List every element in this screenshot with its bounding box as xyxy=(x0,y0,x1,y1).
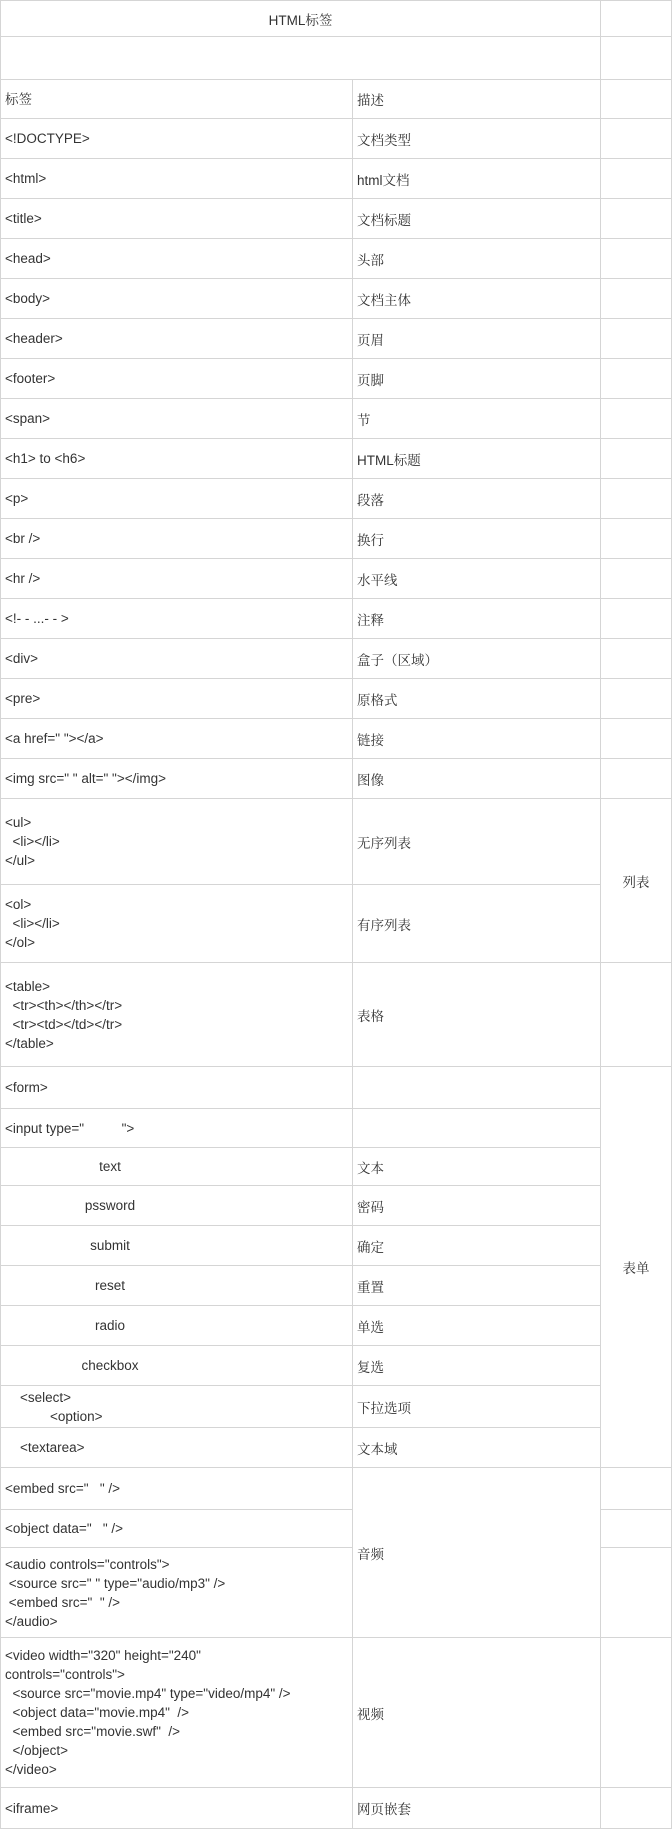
category-cell xyxy=(601,319,672,359)
desc-cell: 文本域 xyxy=(353,1428,601,1468)
tag-cell: reset xyxy=(1,1266,353,1306)
category-list: 列表 xyxy=(601,799,672,963)
table-row: <p>段落 xyxy=(1,479,672,519)
category-cell xyxy=(601,1788,672,1829)
category-cell xyxy=(601,359,672,399)
category-cell xyxy=(601,1468,672,1510)
tag-cell: <header> xyxy=(1,319,353,359)
desc-cell: 段落 xyxy=(353,479,601,519)
desc-cell: 文档类型 xyxy=(353,119,601,159)
category-cell xyxy=(601,279,672,319)
category-form: 表单 xyxy=(601,1067,672,1468)
desc-cell: 节 xyxy=(353,399,601,439)
desc-cell: 盒子（区域） xyxy=(353,639,601,679)
tag-cell: submit xyxy=(1,1226,353,1266)
table-row: radio单选 xyxy=(1,1306,672,1346)
table-row: <ol> <li></li> </ol>有序列表 xyxy=(1,885,672,963)
table-row: <head>头部 xyxy=(1,239,672,279)
tag-cell: <input type=" "> xyxy=(1,1109,353,1148)
table-row: <form>表单 xyxy=(1,1067,672,1109)
tag-cell: <select> <option> xyxy=(1,1386,353,1428)
table-row: <table> <tr><th></th></tr> <tr><td></td>… xyxy=(1,963,672,1067)
desc-cell: 文档标题 xyxy=(353,199,601,239)
desc-cell: 无序列表 xyxy=(353,799,601,885)
table-row: <!DOCTYPE>文档类型 xyxy=(1,119,672,159)
table-row: <pre>原格式 xyxy=(1,679,672,719)
tag-cell: <span> xyxy=(1,399,353,439)
category-cell xyxy=(601,119,672,159)
desc-cell: 水平线 xyxy=(353,559,601,599)
tag-cell: checkbox xyxy=(1,1346,353,1386)
table-body: HTML标签标签描述<!DOCTYPE>文档类型<html>html文档<tit… xyxy=(1,1,672,1829)
tag-cell: <video width="320" height="240" controls… xyxy=(1,1638,353,1788)
input-type-value: text xyxy=(5,1157,215,1176)
desc-audio: 音频 xyxy=(353,1468,601,1638)
desc-cell: html文档 xyxy=(353,159,601,199)
category-cell xyxy=(601,1,672,37)
desc-cell: HTML标题 xyxy=(353,439,601,479)
category-cell xyxy=(601,479,672,519)
desc-cell xyxy=(353,1109,601,1148)
desc-cell: 注释 xyxy=(353,599,601,639)
category-cell xyxy=(601,519,672,559)
table-row: <html>html文档 xyxy=(1,159,672,199)
tag-cell: <body> xyxy=(1,279,353,319)
category-cell xyxy=(601,399,672,439)
desc-cell: 图像 xyxy=(353,759,601,799)
tag-cell: pssword xyxy=(1,1186,353,1226)
tag-cell: <head> xyxy=(1,239,353,279)
table-title: HTML标签 xyxy=(1,1,601,37)
table-row: <video width="320" height="240" controls… xyxy=(1,1638,672,1788)
desc-cell xyxy=(353,1067,601,1109)
input-type-value: reset xyxy=(5,1276,215,1295)
tag-cell: <title> xyxy=(1,199,353,239)
table-row: <hr />水平线 xyxy=(1,559,672,599)
table-row: <div>盒子（区域） xyxy=(1,639,672,679)
table-row: <header>页眉 xyxy=(1,319,672,359)
tag-cell: <pre> xyxy=(1,679,353,719)
tag-cell: <a href=" "></a> xyxy=(1,719,353,759)
desc-cell: 页脚 xyxy=(353,359,601,399)
column-header-desc: 描述 xyxy=(353,80,601,119)
tag-cell: radio xyxy=(1,1306,353,1346)
table-row: <title>文档标题 xyxy=(1,199,672,239)
category-cell xyxy=(601,1548,672,1638)
desc-cell: 下拉选项 xyxy=(353,1386,601,1428)
category-cell xyxy=(601,199,672,239)
category-cell xyxy=(601,963,672,1067)
desc-cell: 有序列表 xyxy=(353,885,601,963)
input-type-value: radio xyxy=(5,1316,215,1335)
tag-cell: <ol> <li></li> </ol> xyxy=(1,885,353,963)
tag-cell: <ul> <li></li> </ul> xyxy=(1,799,353,885)
category-cell xyxy=(601,239,672,279)
page: HTML标签标签描述<!DOCTYPE>文档类型<html>html文档<tit… xyxy=(0,0,672,1829)
tag-cell: <hr /> xyxy=(1,559,353,599)
tag-cell: <p> xyxy=(1,479,353,519)
desc-cell: 网页嵌套 xyxy=(353,1788,601,1829)
desc-cell: 确定 xyxy=(353,1226,601,1266)
table-row: <ul> <li></li> </ul>无序列表列表 xyxy=(1,799,672,885)
table-row: pssword密码 xyxy=(1,1186,672,1226)
desc-cell: 密码 xyxy=(353,1186,601,1226)
tag-cell: <img src=" " alt=" "></img> xyxy=(1,759,353,799)
tag-cell: <html> xyxy=(1,159,353,199)
tag-cell: <h1> to <h6> xyxy=(1,439,353,479)
table-row: <body>文档主体 xyxy=(1,279,672,319)
tag-cell: <form> xyxy=(1,1067,353,1109)
category-cell xyxy=(601,439,672,479)
column-header-tag: 标签 xyxy=(1,80,353,119)
desc-cell: 视频 xyxy=(353,1638,601,1788)
desc-cell: 表格 xyxy=(353,963,601,1067)
category-cell xyxy=(601,1510,672,1548)
desc-cell: 文档主体 xyxy=(353,279,601,319)
category-cell xyxy=(601,599,672,639)
category-cell xyxy=(601,559,672,599)
table-row: <footer>页脚 xyxy=(1,359,672,399)
table-row: <input type=" "> xyxy=(1,1109,672,1148)
input-type-value: submit xyxy=(5,1236,215,1255)
category-cell xyxy=(601,639,672,679)
tag-cell: <!DOCTYPE> xyxy=(1,119,353,159)
table-row: checkbox复选 xyxy=(1,1346,672,1386)
table-row: <a href=" "></a>链接 xyxy=(1,719,672,759)
tag-cell: <audio controls="controls"> <source src=… xyxy=(1,1548,353,1638)
category-cell xyxy=(601,159,672,199)
tag-cell: <object data=" " /> xyxy=(1,1510,353,1548)
input-type-value: pssword xyxy=(5,1196,215,1215)
category-cell xyxy=(601,37,672,80)
tag-cell: <table> <tr><th></th></tr> <tr><td></td>… xyxy=(1,963,353,1067)
html-tags-table: HTML标签标签描述<!DOCTYPE>文档类型<html>html文档<tit… xyxy=(0,0,672,1829)
table-row: <br />换行 xyxy=(1,519,672,559)
desc-cell: 链接 xyxy=(353,719,601,759)
category-cell xyxy=(601,679,672,719)
desc-cell: 复选 xyxy=(353,1346,601,1386)
category-cell xyxy=(601,759,672,799)
tag-cell: <div> xyxy=(1,639,353,679)
tag-cell: <br /> xyxy=(1,519,353,559)
desc-cell: 文本 xyxy=(353,1148,601,1186)
tag-cell: <textarea> xyxy=(1,1428,353,1468)
input-type-value: checkbox xyxy=(5,1356,215,1375)
table-row: <img src=" " alt=" "></img>图像 xyxy=(1,759,672,799)
table-row: reset重置 xyxy=(1,1266,672,1306)
desc-cell: 头部 xyxy=(353,239,601,279)
desc-cell: 单选 xyxy=(353,1306,601,1346)
table-row: <embed src=" " />音频 xyxy=(1,1468,672,1510)
table-row: submit确定 xyxy=(1,1226,672,1266)
table-row: 标签描述 xyxy=(1,80,672,119)
table-row: <!- - ...- - >注释 xyxy=(1,599,672,639)
category-cell xyxy=(601,719,672,759)
table-row: text文本 xyxy=(1,1148,672,1186)
empty-merged-cell xyxy=(1,37,601,80)
table-row: <span>节 xyxy=(1,399,672,439)
category-cell xyxy=(601,1638,672,1788)
table-row xyxy=(1,37,672,80)
table-row: <textarea>文本域 xyxy=(1,1428,672,1468)
tag-cell: text xyxy=(1,1148,353,1186)
table-row: <select> <option>下拉选项 xyxy=(1,1386,672,1428)
table-row: <iframe>网页嵌套 xyxy=(1,1788,672,1829)
tag-cell: <embed src=" " /> xyxy=(1,1468,353,1510)
category-cell xyxy=(601,80,672,119)
tag-cell: <footer> xyxy=(1,359,353,399)
tag-cell: <!- - ...- - > xyxy=(1,599,353,639)
desc-cell: 换行 xyxy=(353,519,601,559)
desc-cell: 原格式 xyxy=(353,679,601,719)
tag-cell: <iframe> xyxy=(1,1788,353,1829)
desc-cell: 重置 xyxy=(353,1266,601,1306)
desc-cell: 页眉 xyxy=(353,319,601,359)
table-row: <h1> to <h6>HTML标题 xyxy=(1,439,672,479)
table-row: HTML标签 xyxy=(1,1,672,37)
